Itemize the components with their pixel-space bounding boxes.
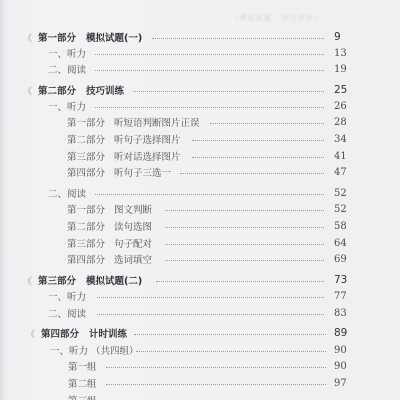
toc-page-number: 64 bbox=[334, 238, 347, 249]
toc-page-number: 25 bbox=[334, 84, 347, 96]
toc-entry-part-4[interactable]: 《 第四部分 计时训练 89 bbox=[0, 326, 400, 340]
toc-part-label: 第三组 bbox=[68, 393, 97, 400]
dot-leader bbox=[133, 91, 324, 92]
toc-entry[interactable]: 第一部分 听短语判断图片正误 28 bbox=[0, 115, 400, 129]
toc-page-number: 28 bbox=[334, 117, 347, 128]
toc-title: 图文判断 bbox=[114, 202, 152, 216]
toc-entry[interactable]: 一、听力 13 bbox=[0, 46, 400, 60]
toc-page-number: 52 bbox=[334, 188, 347, 199]
toc-entry-part-2[interactable]: 《 第二部分 技巧训练 25 bbox=[0, 83, 400, 97]
toc-page-number: 52 bbox=[334, 204, 347, 215]
toc-title: 选词填空 bbox=[114, 252, 152, 266]
toc-page-number: 41 bbox=[334, 151, 347, 162]
toc-page-number: 90 bbox=[334, 345, 347, 356]
toc-entry[interactable]: 第四部分 选词填空 69 bbox=[0, 252, 400, 266]
toc-title: 技巧训练 bbox=[86, 83, 124, 97]
toc-label: 一、听力 （共四组） bbox=[50, 343, 139, 357]
dot-leader bbox=[97, 297, 324, 298]
running-header: （模拟试题 · 技巧训练） bbox=[232, 13, 342, 20]
dot-leader bbox=[165, 244, 324, 245]
toc-part-label: 第二部分 bbox=[38, 83, 76, 97]
toc-part-label: 第四部分 bbox=[67, 252, 105, 266]
toc-page-number: 47 bbox=[334, 167, 347, 178]
dot-leader bbox=[97, 314, 324, 315]
toc-part-label: 第一组 bbox=[68, 359, 97, 373]
toc-page-number: 83 bbox=[334, 308, 347, 319]
toc-title: 句子配对 bbox=[114, 236, 152, 250]
toc-part-label: 第一部分 bbox=[67, 115, 105, 129]
dot-leader bbox=[180, 173, 324, 174]
dot-leader bbox=[106, 384, 326, 385]
toc-label: 二、阅读 bbox=[48, 306, 86, 320]
toc-page-number: 58 bbox=[334, 221, 347, 232]
toc-page-number: 97 bbox=[334, 378, 347, 389]
toc-entry-part-3[interactable]: 《 第三部分 模拟试题(二) 73 bbox=[0, 273, 400, 287]
toc-label: 一、听力 bbox=[48, 99, 86, 113]
toc-part-label: 第四部分 bbox=[41, 326, 79, 340]
toc-entry[interactable]: 第一组 90 bbox=[0, 359, 400, 373]
dot-leader bbox=[134, 334, 326, 335]
toc-entry[interactable]: 第三组 bbox=[0, 393, 400, 400]
toc-title: 模拟试题(二) bbox=[86, 273, 142, 287]
toc-entry[interactable]: 一、听力 （共四组） 90 bbox=[0, 343, 400, 357]
toc-part-label: 第三部分 bbox=[67, 236, 105, 250]
toc-part-label: 第一部分 bbox=[67, 202, 105, 216]
toc-entry[interactable]: 第四部分 听句子三选一 47 bbox=[0, 165, 400, 179]
toc-label: 一、听力 bbox=[48, 289, 86, 303]
toc-title: 计时训练 bbox=[89, 326, 127, 340]
toc-part-label: 第三部分 bbox=[67, 149, 105, 163]
dot-leader bbox=[210, 123, 324, 124]
toc-title: 听句子选择图片 bbox=[114, 132, 181, 146]
toc-entry[interactable]: 二、阅读 52 bbox=[0, 186, 400, 200]
toc-entry[interactable]: 第二部分 读句选图 58 bbox=[0, 219, 400, 233]
dot-leader bbox=[95, 107, 324, 108]
dot-leader bbox=[192, 140, 324, 141]
toc-page-number: 90 bbox=[334, 361, 347, 372]
toc-page-number: 89 bbox=[334, 327, 347, 339]
toc-title: 听短语判断图片正误 bbox=[114, 115, 200, 129]
toc-part-label: 第二部分 bbox=[67, 132, 105, 146]
toc-title: 模拟试题(一) bbox=[86, 30, 142, 44]
toc-page-number: 77 bbox=[334, 291, 347, 302]
dot-leader bbox=[95, 54, 324, 55]
toc-title: 读句选图 bbox=[114, 219, 152, 233]
toc-entry[interactable]: 第三部分 句子配对 64 bbox=[0, 236, 400, 250]
section-marker-icon: 《 bbox=[23, 31, 37, 44]
dot-leader bbox=[95, 70, 324, 71]
toc-entry[interactable]: 二、阅读 19 bbox=[0, 62, 400, 76]
toc-entry-part-1[interactable]: 《 第一部分 模拟试题(一) 9 bbox=[0, 30, 400, 44]
dot-leader bbox=[165, 227, 324, 228]
toc-title: 听对话选择图片 bbox=[114, 149, 181, 163]
dot-leader bbox=[192, 157, 324, 158]
toc-part-label: 第一部分 bbox=[38, 30, 76, 44]
toc-label: 二、阅读 bbox=[48, 186, 86, 200]
toc-entry[interactable]: 一、听力 77 bbox=[0, 289, 400, 303]
toc-label: 一、听力 bbox=[48, 46, 86, 60]
dot-leader bbox=[156, 281, 324, 282]
toc-label: 二、阅读 bbox=[48, 62, 86, 76]
toc-page-number: 69 bbox=[334, 254, 347, 265]
toc-part-label: 第三部分 bbox=[38, 273, 76, 287]
dot-leader bbox=[95, 194, 324, 195]
toc-entry[interactable]: 第二组 97 bbox=[0, 376, 400, 390]
toc-entry[interactable]: 二、阅读 83 bbox=[0, 306, 400, 320]
section-marker-icon: 《 bbox=[23, 84, 37, 97]
toc-part-label: 第二组 bbox=[68, 376, 97, 390]
toc-part-label: 第二部分 bbox=[67, 219, 105, 233]
toc-entry[interactable]: 第二部分 听句子选择图片 34 bbox=[0, 132, 400, 146]
dot-leader bbox=[152, 38, 324, 39]
section-marker-icon: 《 bbox=[26, 327, 40, 340]
toc-entry[interactable]: 一、听力 26 bbox=[0, 99, 400, 113]
toc-page-number: 34 bbox=[334, 134, 347, 145]
toc-page-number: 13 bbox=[334, 48, 347, 59]
toc-entry[interactable]: 第一部分 图文判断 52 bbox=[0, 202, 400, 216]
toc-page-number: 9 bbox=[334, 31, 341, 43]
toc-page-number: 73 bbox=[334, 274, 347, 286]
toc-page-number: 19 bbox=[334, 64, 347, 75]
dot-leader bbox=[165, 210, 324, 211]
toc-page-number: 26 bbox=[334, 101, 347, 112]
dot-leader bbox=[165, 260, 324, 261]
toc-page: （模拟试题 · 技巧训练） 《 第一部分 模拟试题(一) 9 一、听力 13 二… bbox=[0, 0, 400, 400]
dot-leader bbox=[106, 367, 326, 368]
toc-title: 听句子三选一 bbox=[114, 165, 171, 179]
section-marker-icon: 《 bbox=[23, 274, 37, 287]
dot-leader bbox=[136, 351, 326, 352]
toc-entry[interactable]: 第三部分 听对话选择图片 41 bbox=[0, 149, 400, 163]
toc-part-label: 第四部分 bbox=[67, 165, 105, 179]
